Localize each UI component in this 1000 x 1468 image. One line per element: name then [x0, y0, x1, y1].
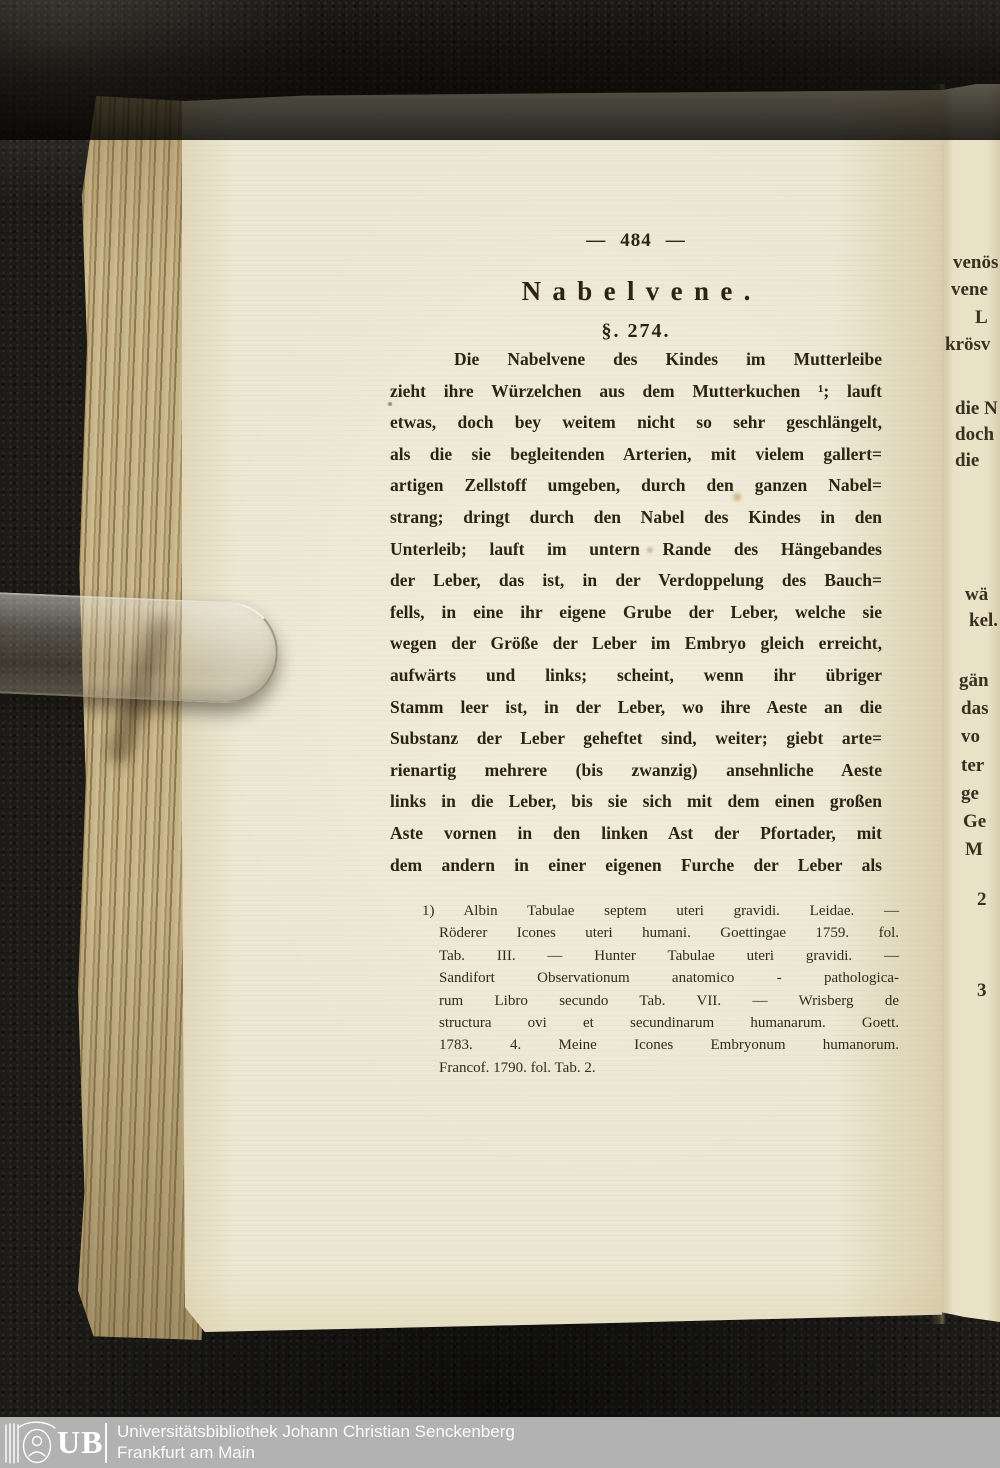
- section-heading: §. 274.: [390, 320, 882, 343]
- facing-text-fragment: venös: [953, 252, 998, 274]
- facing-text-fragment: die N: [955, 398, 998, 420]
- body-line: Aste vornen in den linken Ast der Pforta…: [390, 818, 882, 850]
- footnote-line: Francof. 1790. fol. Tab. 2.: [439, 1057, 899, 1079]
- facing-text-fragment: L: [975, 307, 988, 329]
- head-dash: —: [666, 230, 686, 251]
- facing-text-fragment: 2: [977, 889, 987, 911]
- body-line: etwas, doch bey weitem nicht so sehr ges…: [390, 407, 882, 439]
- facing-text-fragment: wä: [965, 584, 988, 606]
- glass-page-weight: [0, 592, 280, 705]
- facing-text-fragment: die: [955, 450, 979, 472]
- footnote: 1) Albin Tabulae septem uteri gravidi. L…: [422, 900, 899, 1079]
- banner-city: Frankfurt am Main: [117, 1443, 515, 1464]
- facing-text-fragment: das: [961, 698, 988, 720]
- body-line: wegen der Größe der Leber im Embryo glei…: [390, 628, 882, 660]
- body-text: Die Nabelvene des Kindes im Mutterleibe …: [390, 344, 882, 881]
- facing-text-fragment: Ge: [963, 811, 986, 833]
- facing-text-fragment: vo: [961, 726, 980, 748]
- facing-text-fragment: M: [965, 839, 983, 861]
- body-line: als die sie begleitenden Arterien, mit v…: [390, 439, 882, 471]
- ub-logo-text: UB: [57, 1424, 103, 1461]
- footnote-line: Sandifort Observationum anatomico - path…: [439, 967, 899, 989]
- body-line: strang; dringt durch den Nabel des Kinde…: [390, 502, 882, 534]
- body-line: artigen Zellstoff umgeben, durch den gan…: [390, 470, 882, 502]
- facing-text-fragment: krösv: [945, 334, 990, 356]
- footnote-line: 1) Albin Tabulae septem uteri gravidi. L…: [439, 900, 899, 922]
- page-number: —484—: [390, 230, 882, 252]
- banner-separator: [105, 1423, 107, 1463]
- body-line: links in die Leber, bis sie sich mit dem…: [390, 786, 882, 818]
- page-number-value: 484: [620, 230, 652, 251]
- facing-text-fragment: doch: [955, 424, 994, 446]
- bottom-shadow: [0, 0, 1000, 140]
- body-line: dem andern in einer eigenen Furche der L…: [390, 850, 882, 882]
- footnote-line: rum Libro secundo Tab. VII. — Wrisberg d…: [439, 990, 899, 1012]
- facing-text-fragment: kel.: [969, 610, 998, 632]
- facing-text-fragment: vene: [951, 279, 988, 301]
- body-line: rienartig mehrere (bis zwanzig) ansehnli…: [390, 755, 882, 787]
- body-line: Substanz der Leber geheftet sind, weiter…: [390, 723, 882, 755]
- body-line: Stamm leer ist, in der Leber, wo ihre Ae…: [390, 692, 882, 724]
- library-banner: UB Universitätsbibliothek Johann Christi…: [0, 1417, 1000, 1468]
- facing-text-fragment: ge: [961, 783, 979, 805]
- body-line: aufwärts und links; scheint, wenn ihr üb…: [390, 660, 882, 692]
- ub-logo-icon: [2, 1417, 56, 1468]
- footnote-line: structura ovi et secundinarum humanarum.…: [439, 1012, 899, 1034]
- facing-text-fragment: gän: [959, 670, 989, 692]
- body-line: fells, in eine ihr eigene Grube der Lebe…: [390, 597, 882, 629]
- facing-text-fragment: 3: [977, 980, 987, 1002]
- body-line: Unterleib; lauft im untern Rande des Hän…: [390, 534, 882, 566]
- footnote-line: 1783. 4. Meine Icones Embryonum humanoru…: [439, 1034, 899, 1056]
- body-line: der Leber, das ist, in der Verdoppelung …: [390, 565, 882, 597]
- facing-page-sliver: venös vene L krösv die N doch die wä kel…: [941, 84, 1000, 1322]
- body-line: zieht ihre Würzelchen aus dem Mutterkuch…: [390, 376, 882, 408]
- chapter-title: Nabelvene.: [390, 276, 882, 307]
- book-scan: venös vene L krösv die N doch die wä kel…: [0, 0, 1000, 1468]
- facing-text-fragment: ter: [961, 755, 984, 777]
- banner-institution: Universitätsbibliothek Johann Christian …: [117, 1422, 515, 1443]
- footnote-line: Tab. III. — Hunter Tabulae uteri gravidi…: [439, 945, 899, 967]
- book-page: —484— Nabelvene. §. 274. Die Nabelvene d…: [182, 90, 942, 1332]
- body-line: Die Nabelvene des Kindes im Mutterleibe: [390, 344, 882, 376]
- footnote-line: Röderer Icones uteri humani. Goettingae …: [439, 922, 899, 944]
- head-dash: —: [586, 230, 606, 251]
